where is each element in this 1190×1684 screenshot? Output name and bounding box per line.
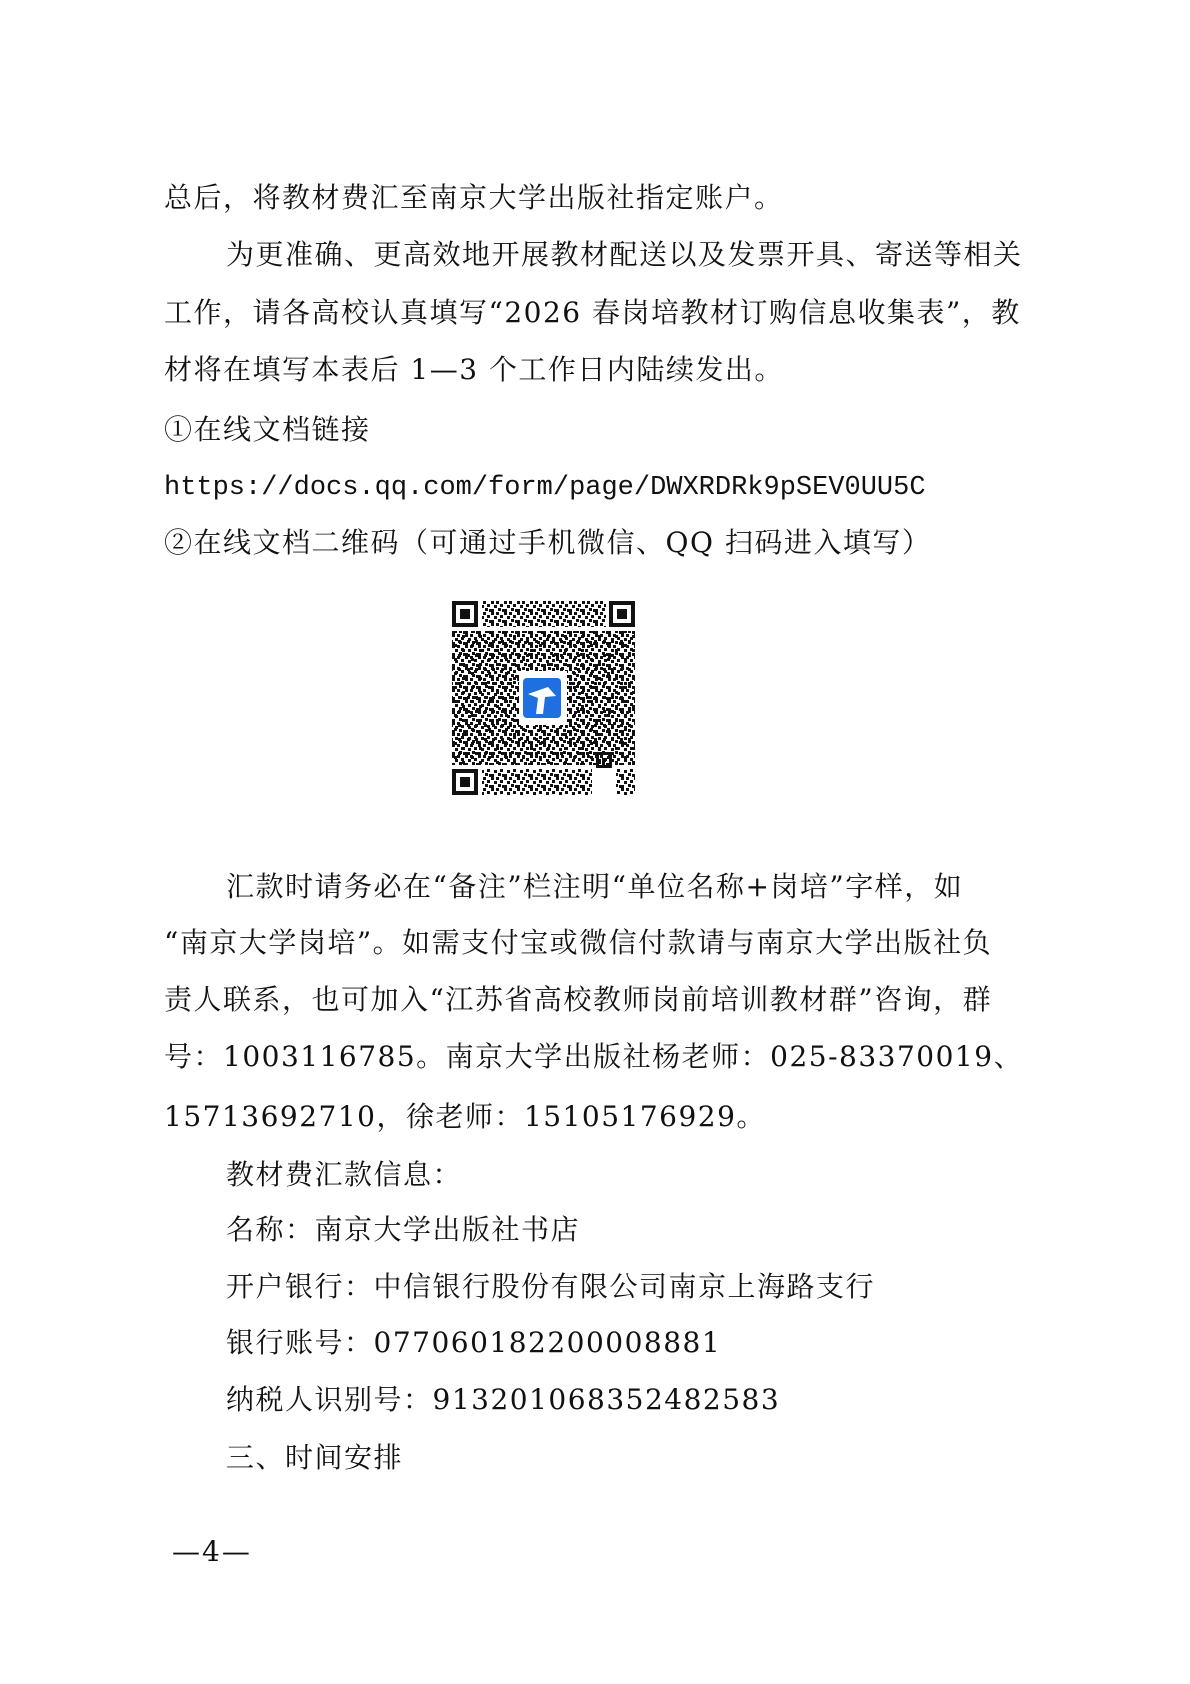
qr-finder-top-left-icon bbox=[452, 601, 478, 627]
paragraph-3-line-2: “南京大学岗培”。如需支付宝或微信付款请与南京大学出版社负 bbox=[164, 923, 1034, 963]
qr-finder-bottom-left-icon bbox=[452, 769, 478, 795]
remittance-name: 名称：南京大学出版社书店 bbox=[226, 1210, 1096, 1250]
online-doc-link-url[interactable]: https://docs.qq.com/form/page/DWXRDRk9pS… bbox=[164, 468, 1034, 508]
paragraph-3-line-4: 号：1003116785。南京大学出版社杨老师：025-83370019、 bbox=[164, 1037, 1034, 1077]
tencent-docs-logo-icon bbox=[519, 671, 567, 725]
page-number: —4— bbox=[172, 1532, 252, 1572]
paragraph-3-line-5: 15713692710，徐老师：15105176929。 bbox=[164, 1097, 1034, 1137]
online-doc-link-heading: ①在线文档链接 bbox=[164, 410, 1034, 450]
section-heading: 三、时间安排 bbox=[226, 1438, 1096, 1478]
qr-code bbox=[452, 601, 635, 795]
qr-finder-top-right-icon bbox=[609, 601, 635, 627]
paragraph-2-line-3: 材将在填写本表后 1—3 个工作日内陆续发出。 bbox=[164, 350, 1034, 390]
paragraph-2-line-2: 工作，请各高校认真填写“2026 春岗培教材订购信息收集表”，教 bbox=[164, 293, 1034, 333]
remittance-account: 银行账号：077060182200008881 bbox=[226, 1323, 1096, 1363]
paragraph-3-line-3: 责人联系，也可加入“江苏省高校教师岗前培训教材群”咨询，群 bbox=[164, 980, 1034, 1020]
online-doc-qr-heading: ②在线文档二维码（可通过手机微信、QQ 扫码进入填写） bbox=[164, 523, 1034, 563]
remittance-bank: 开户银行：中信银行股份有限公司南京上海路支行 bbox=[226, 1267, 1096, 1307]
paragraph-1-line-1: 总后，将教材费汇至南京大学出版社指定账户。 bbox=[164, 178, 1034, 218]
paragraph-3-line-1: 汇款时请务必在“备注”栏注明“单位名称+岗培”字样，如 bbox=[226, 867, 1027, 907]
remittance-heading: 教材费汇款信息： bbox=[226, 1155, 1096, 1195]
paragraph-2-line-1: 为更准确、更高效地开展教材配送以及发票开具、寄送等相关 bbox=[226, 235, 1027, 275]
remittance-tax-id: 纳税人识别号：913201068352482583 bbox=[226, 1380, 1096, 1420]
